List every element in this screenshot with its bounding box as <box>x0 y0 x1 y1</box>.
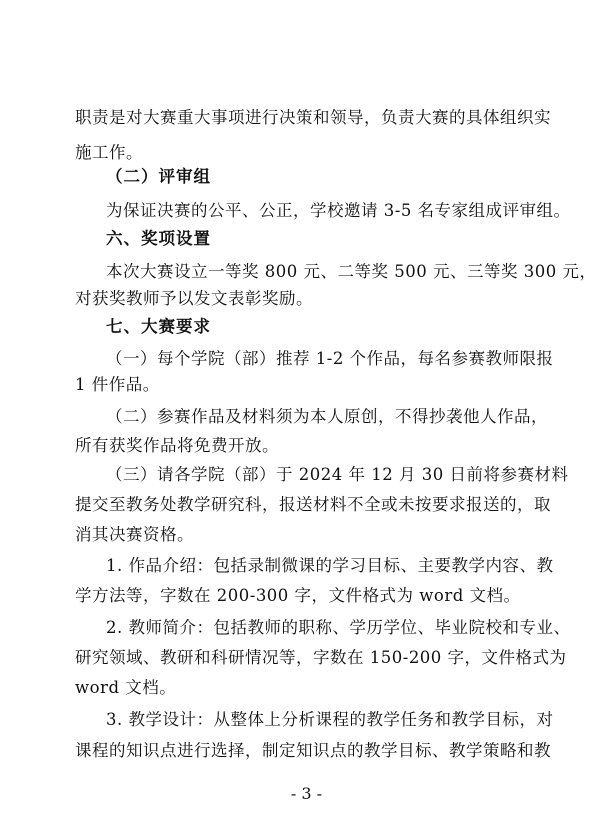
paragraph-line: 职责是对大赛重大事项进行决策和领导，负责大赛的具体组织实 <box>75 107 545 129</box>
paragraph-line: 为保证决赛的公平、公正，学校邀请 3-5 名专家组成评审组。 <box>106 200 545 222</box>
paragraph-line: 1 件作品。 <box>75 374 545 396</box>
paragraph-line: （三）请各学院（部）于 2024 年 12 月 30 日前将参赛材料 <box>106 464 545 486</box>
paragraph-line: （二）参赛作品及材料须为本人原创，不得抄袭他人作品， <box>106 406 545 428</box>
paragraph-line: 3. 教学设计：从整体上分析课程的教学任务和教学目标，对 <box>106 709 545 731</box>
paragraph-line: 对获奖教师予以发文表彰奖励。 <box>75 288 545 310</box>
paragraph-line: 研究领域、教研和科研情况等，字数在 150-200 字，文件格式为 <box>75 647 545 669</box>
paragraph-line: （一）每个学院（部）推荐 1-2 个作品，每名参赛教师限报 <box>106 348 545 370</box>
document-page: 职责是对大赛重大事项进行决策和领导，负责大赛的具体组织实 施工作。 （二）评审组… <box>0 0 613 836</box>
paragraph-line: 本次大赛设立一等奖 800 元、二等奖 500 元、三等奖 300 元， <box>106 261 545 283</box>
paragraph-line: 消其决赛资格。 <box>75 524 545 546</box>
paragraph-line: 1. 作品介绍：包括录制微课的学习目标、主要教学内容、教 <box>106 555 545 577</box>
paragraph-line: 提交至教务处教学研究科，报送材料不全或未按要求报送的，取 <box>75 494 545 516</box>
paragraph-line: 施工作。 <box>75 142 545 164</box>
subheading-review-panel: （二）评审组 <box>106 166 576 188</box>
page-number: - 3 - <box>0 784 613 803</box>
paragraph-line: 课程的知识点进行选择，制定知识点的教学目标、教学策略和教 <box>75 740 545 762</box>
paragraph-line: 学方法等，字数在 200-300 字，文件格式为 word 文档。 <box>75 585 545 607</box>
heading-awards: 六、奖项设置 <box>106 228 576 250</box>
heading-requirements: 七、大赛要求 <box>106 316 576 338</box>
paragraph-line: 2. 教师简介：包括教师的职称、学历学位、毕业院校和专业、 <box>106 617 545 639</box>
paragraph-line: 所有获奖作品将免费开放。 <box>75 435 545 457</box>
paragraph-line: word 文档。 <box>75 677 545 699</box>
